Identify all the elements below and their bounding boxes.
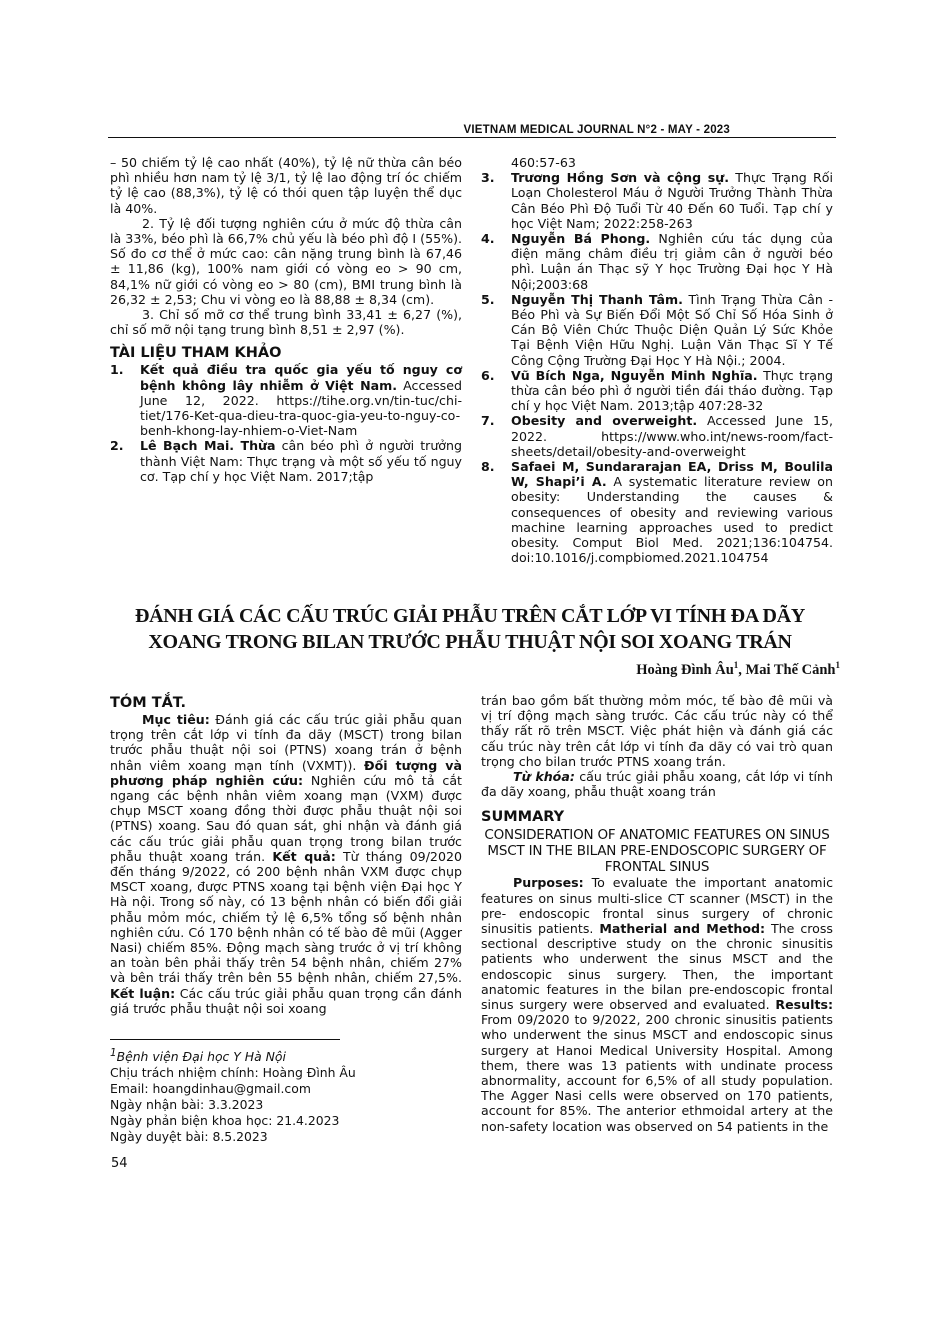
header-rule — [108, 137, 836, 138]
reference-number: 1. — [110, 362, 140, 438]
author-name: Mai Thế Cảnh — [746, 662, 836, 678]
reference-item: 7. Obesity and overweight. Accessed June… — [481, 413, 833, 459]
abstract-left-column: TÓM TẮT. Mục tiêu: Đánh giá các cấu trúc… — [110, 695, 462, 1016]
author-affiliation-marker: 1 — [836, 660, 841, 670]
summary-heading: SUMMARY — [481, 809, 833, 826]
conclusion-label: Kết luận: — [110, 986, 175, 1001]
article-title-line-2: XOANG TRONG BILAN TRƯỚC PHẪU THUẬT NỘI S… — [100, 629, 840, 655]
abstract-heading: TÓM TẮT. — [110, 695, 462, 712]
reference-item: 3. Trương Hồng Sơn và cộng sự. Thực Trạn… — [481, 170, 833, 231]
affiliation-marker: 1 — [110, 1047, 117, 1059]
results-label: Kết quả: — [272, 849, 335, 864]
conclusion-paragraph-1: – 50 chiếm tỷ lệ cao nhất (40%), tỷ lệ n… — [110, 155, 462, 216]
purposes-label: Purposes: — [513, 875, 584, 890]
keywords: Từ khóa: cấu trúc giải phẫu xoang, cắt l… — [481, 769, 833, 799]
reference-item: 8. Safaei M, Sundararajan EA, Driss M, B… — [481, 459, 833, 565]
running-header-text: VIETNAM MEDICAL JOURNAL N°2 - MAY - 2023 — [463, 124, 836, 136]
running-header: VIETNAM MEDICAL JOURNAL N°2 - MAY - 2023 — [108, 124, 836, 136]
author-list: Hoàng Đình Âu1, Mai Thế Cảnh1 — [480, 660, 840, 679]
reference-authors: Lê Bạch Mai. Thừa — [140, 438, 276, 453]
reference-authors: Obesity and overweight. — [511, 413, 697, 428]
reference-authors: Nguyễn Bá Phong. — [511, 231, 650, 246]
objective-label: Mục tiêu: — [142, 712, 210, 727]
reference-continuation: 460:57-63 — [481, 155, 833, 170]
email: Email: hoangdinhau@gmail.com — [110, 1081, 470, 1097]
reference-item: 6. Vũ Bích Nga, Nguyễn Minh Nghĩa. Thực … — [481, 368, 833, 414]
abstract-paragraph: Mục tiêu: Đánh giá các cấu trúc giải phẫ… — [110, 712, 462, 1016]
previous-article-right-column: 460:57-63 3. Trương Hồng Sơn và cộng sự.… — [481, 155, 833, 565]
reference-number: 2. — [110, 438, 140, 484]
footnote-rule — [110, 1039, 340, 1040]
affiliation: 1Bệnh viện Đại học Y Hà Nội — [110, 1045, 470, 1065]
reference-authors: Vũ Bích Nga, Nguyễn Minh Nghĩa. — [511, 368, 758, 383]
footnote: 1Bệnh viện Đại học Y Hà Nội Chịu trách n… — [110, 1045, 470, 1145]
summary-results-text: From 09/2020 to 9/2022, 200 chronic sinu… — [481, 1012, 833, 1133]
conclusion-text-part-2: trán bao gồm bất thường mỏm móc, tế bào … — [481, 693, 833, 769]
reference-item: 5. Nguyễn Thị Thanh Tâm. Tình Trạng Thừa… — [481, 292, 833, 368]
article-title-line-1: ĐÁNH GIÁ CÁC CẤU TRÚC GIẢI PHẪU TRÊN CẮT… — [100, 603, 840, 629]
accepted-date: Ngày duyệt bài: 8.5.2023 — [110, 1129, 470, 1145]
reference-authors: Nguyễn Thị Thanh Tâm. — [511, 292, 683, 307]
journal-page: VIETNAM MEDICAL JOURNAL N°2 - MAY - 2023… — [0, 0, 942, 1333]
keywords-label: Từ khóa: — [513, 769, 575, 784]
author-name: Hoàng Đình Âu — [636, 662, 734, 678]
abstract-right-column: trán bao gồm bất thường mỏm móc, tế bào … — [481, 693, 833, 1134]
reference-number: 7. — [481, 413, 511, 459]
corresponding-author: Chịu trách nhiệm chính: Hoàng Đình Âu — [110, 1065, 470, 1081]
article-title: ĐÁNH GIÁ CÁC CẤU TRÚC GIẢI PHẪU TRÊN CẮT… — [100, 603, 840, 655]
conclusion-paragraph-3: 3. Chỉ số mỡ cơ thể trung bình 33,41 ± 6… — [110, 307, 462, 337]
summary-results-label: Results: — [775, 997, 833, 1012]
affiliation-text: Bệnh viện Đại học Y Hà Nội — [117, 1049, 286, 1064]
summary-paragraph: Purposes: To evaluate the important anat… — [481, 875, 833, 1133]
review-date: Ngày phản biện khoa học: 21.4.2023 — [110, 1113, 470, 1129]
author-affiliation-marker: 1 — [734, 660, 739, 670]
previous-article-left-column: – 50 chiếm tỷ lệ cao nhất (40%), tỷ lệ n… — [110, 155, 462, 484]
reference-item: 4. Nguyễn Bá Phong. Nghiên cứu tác dụng … — [481, 231, 833, 292]
reference-number: 5. — [481, 292, 511, 368]
received-date: Ngày nhận bài: 3.3.2023 — [110, 1097, 470, 1113]
english-title: CONSIDERATION OF ANATOMIC FEATURES ON SI… — [481, 827, 833, 875]
reference-authors: Trương Hồng Sơn và cộng sự. — [511, 170, 729, 185]
reference-number: 8. — [481, 459, 511, 565]
reference-number: 3. — [481, 170, 511, 231]
reference-item: 1. Kết quả điều tra quốc gia yếu tố nguy… — [110, 362, 462, 438]
references-heading: TÀI LIỆU THAM KHẢO — [110, 345, 462, 362]
reference-number: 6. — [481, 368, 511, 414]
conclusion-paragraph-2: 2. Tỷ lệ đối tượng nghiên cứu ở mức độ t… — [110, 216, 462, 307]
page-number: 54 — [111, 1156, 128, 1171]
reference-number: 4. — [481, 231, 511, 292]
reference-item: 2. Lê Bạch Mai. Thừa cân béo phì ở người… — [110, 438, 462, 484]
method-label: Matherial and Method: — [599, 921, 765, 936]
results-text: Từ tháng 09/2020 đến tháng 9/2022, có 20… — [110, 849, 462, 986]
